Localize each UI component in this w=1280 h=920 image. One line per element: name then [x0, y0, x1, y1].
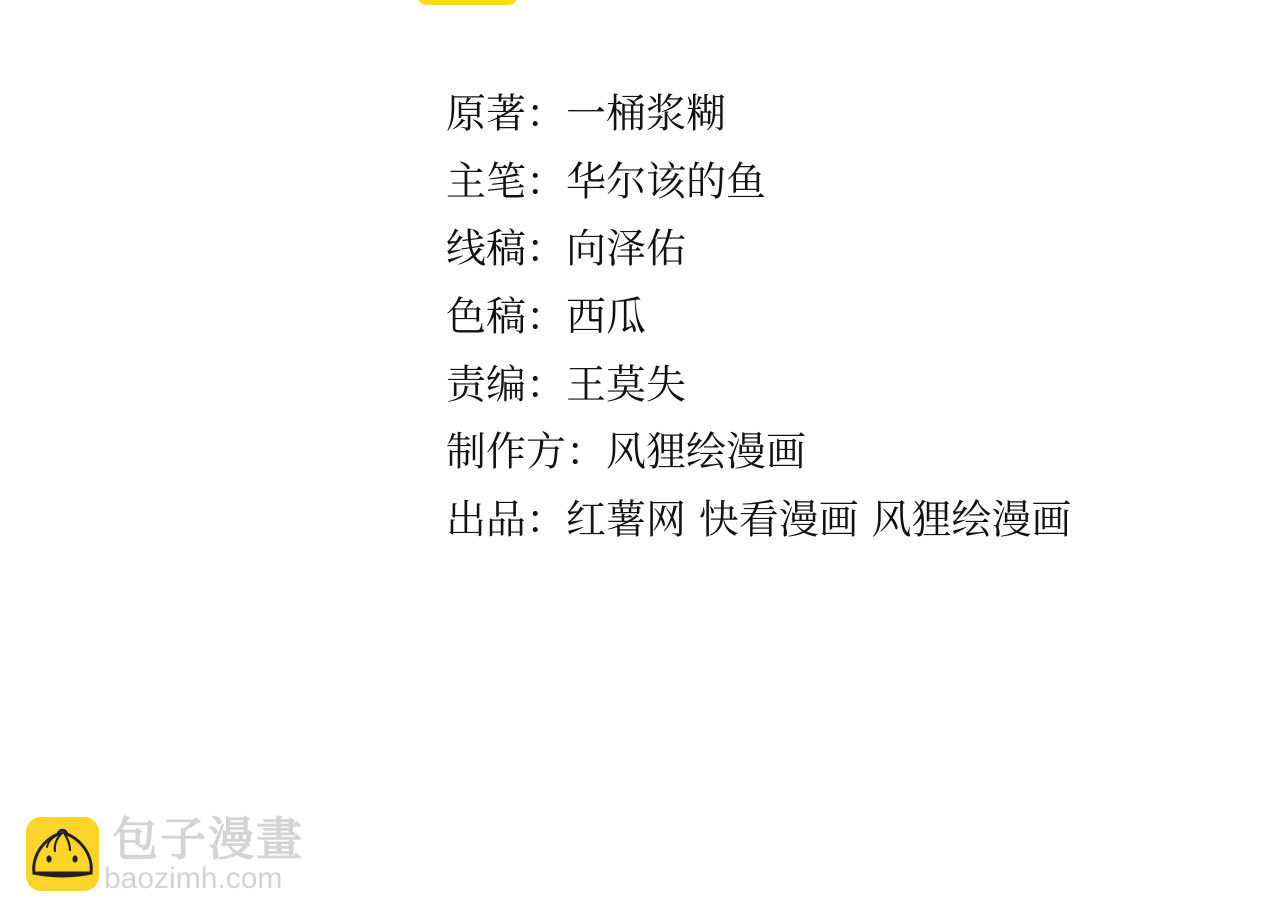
credits-list: 原著：一桶浆糊 主笔：华尔该的鱼 线稿：向泽佑 色稿：西瓜 责编：王莫失 制作方… — [446, 88, 1071, 562]
credit-role: 原著 — [446, 91, 526, 137]
credit-line-producer: 制作方：风狸绘漫画 — [446, 426, 1071, 494]
credit-role: 责编 — [446, 362, 526, 408]
watermark-domain: baozimh.com — [104, 864, 304, 894]
watermark-text: 包子漫畫 baozimh.com — [112, 814, 304, 894]
bun-mascot-icon — [26, 817, 99, 891]
credit-line-color: 色稿：西瓜 — [446, 291, 1071, 359]
credit-role: 线稿 — [446, 226, 526, 272]
watermark-logo: 包子漫畫 baozimh.com — [26, 814, 304, 894]
credit-line-publisher: 出品：红薯网 快看漫画 风狸绘漫画 — [446, 494, 1071, 562]
credit-name: 红薯网 快看漫画 风狸绘漫画 — [566, 497, 1071, 543]
credit-role: 主笔 — [446, 159, 526, 205]
credit-line-lead-artist: 主笔：华尔该的鱼 — [446, 156, 1071, 224]
credit-separator: ： — [526, 359, 566, 411]
credit-separator: ： — [566, 426, 606, 478]
credit-line-editor: 责编：王莫失 — [446, 359, 1071, 427]
credit-name: 风狸绘漫画 — [606, 429, 806, 475]
credit-role: 色稿 — [446, 294, 526, 340]
credit-name: 西瓜 — [566, 294, 646, 340]
credit-name: 华尔该的鱼 — [566, 159, 766, 205]
credit-name: 向泽佑 — [566, 226, 686, 272]
credit-name: 一桶浆糊 — [566, 91, 726, 137]
top-yellow-tab — [417, 0, 518, 5]
credit-line-original: 原著：一桶浆糊 — [446, 88, 1071, 156]
credit-separator: ： — [526, 494, 566, 546]
credit-role: 制作方 — [446, 429, 566, 475]
watermark-title: 包子漫畫 — [112, 814, 304, 864]
credit-separator: ： — [526, 291, 566, 343]
credit-separator: ： — [526, 223, 566, 275]
credit-separator: ： — [526, 88, 566, 140]
credit-line-line-art: 线稿：向泽佑 — [446, 223, 1071, 291]
credit-separator: ： — [526, 156, 566, 208]
credit-name: 王莫失 — [566, 362, 686, 408]
credit-role: 出品 — [446, 497, 526, 543]
